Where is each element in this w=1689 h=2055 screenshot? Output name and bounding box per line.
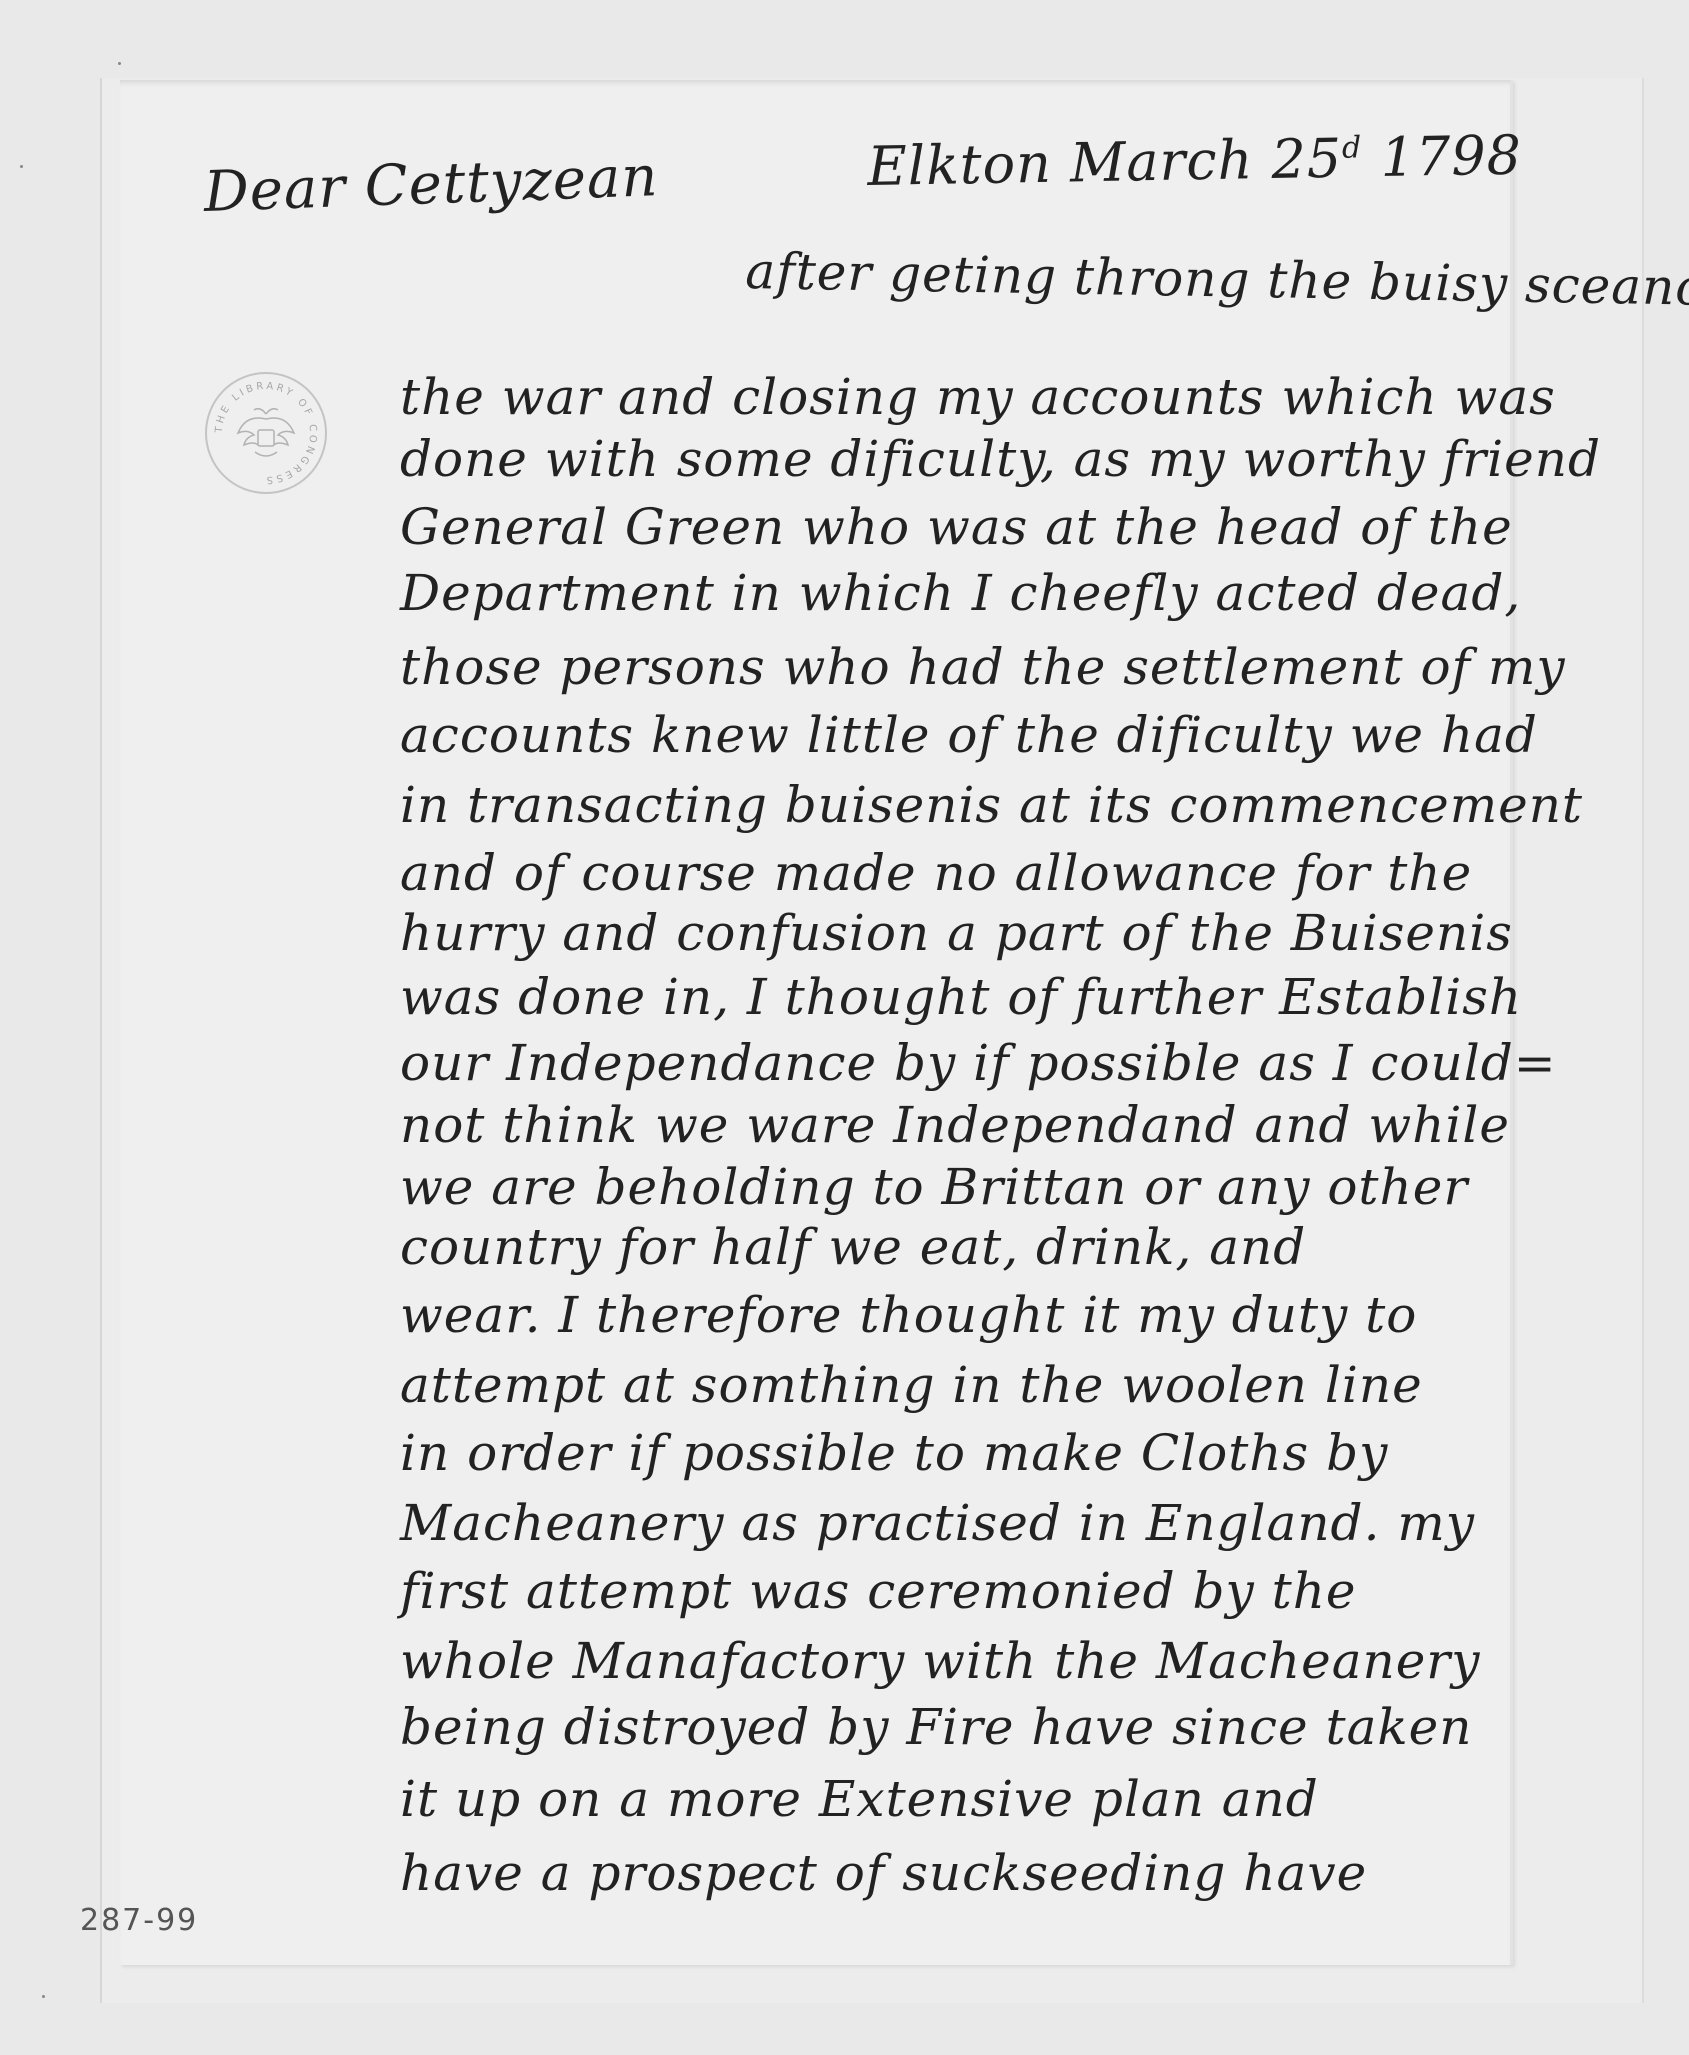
body-line: have a prospect of suckseeding have [400, 1848, 1367, 1898]
dust-speck [118, 62, 121, 65]
body-line: it up on a more Extensive plan and [400, 1774, 1319, 1824]
letter-dateline: Elkton March 25d 1798 [867, 124, 1523, 198]
body-line: those persons who had the settlement of … [400, 642, 1566, 692]
body-line: Macheanery as practised in England. my [400, 1498, 1475, 1548]
archive-reference-number: 287-99 [80, 1903, 198, 1938]
dust-speck [20, 165, 23, 168]
body-line: was done in, I thought of further Establ… [400, 972, 1522, 1022]
body-line: and of course made no allowance for the [400, 848, 1472, 898]
dateline-place: Elkton [867, 132, 1052, 198]
body-line: country for half we eat, drink, and [400, 1222, 1306, 1272]
body-line: whole Manafactory with the Macheanery [400, 1636, 1480, 1686]
body-line: wear. I therefore thought it my duty to [400, 1290, 1417, 1340]
body-line: attempt at somthing in the woolen line [400, 1360, 1423, 1410]
body-line: we are beholding to Brittan or any other [400, 1162, 1468, 1212]
body-line: in order if possible to make Cloths by [400, 1428, 1388, 1478]
body-line: not think we ware Independand and while [400, 1100, 1510, 1150]
body-line: being distroyed by Fire have since taken [400, 1702, 1472, 1752]
dust-speck [42, 1995, 45, 1998]
body-line: Department in which I cheefly acted dead… [400, 568, 1521, 618]
dateline-date: March 25 [1069, 127, 1342, 195]
body-line: our Independance by if possible as I cou… [400, 1038, 1557, 1088]
body-line: in transacting buisenis at its commencem… [400, 780, 1583, 830]
body-line: first attempt was ceremonied by the [400, 1566, 1357, 1616]
library-of-congress-stamp: THE LIBRARY OF CONGRESS [205, 372, 327, 494]
body-line: the war and closing my accounts which wa… [400, 372, 1556, 422]
svg-text:THE LIBRARY OF CONGRESS: THE LIBRARY OF CONGRESS [214, 381, 319, 485]
dateline-year: 1798 [1380, 124, 1523, 189]
eagle-seal-icon: THE LIBRARY OF CONGRESS [207, 374, 325, 492]
body-line: hurry and confusion a part of the Buisen… [400, 908, 1513, 958]
body-line: accounts knew little of the dificulty we… [400, 710, 1538, 760]
body-line: General Green who was at the head of the [400, 502, 1513, 552]
body-line: done with some dificulty, as my worthy f… [400, 434, 1601, 484]
dateline-date-suffix: d [1342, 130, 1363, 165]
